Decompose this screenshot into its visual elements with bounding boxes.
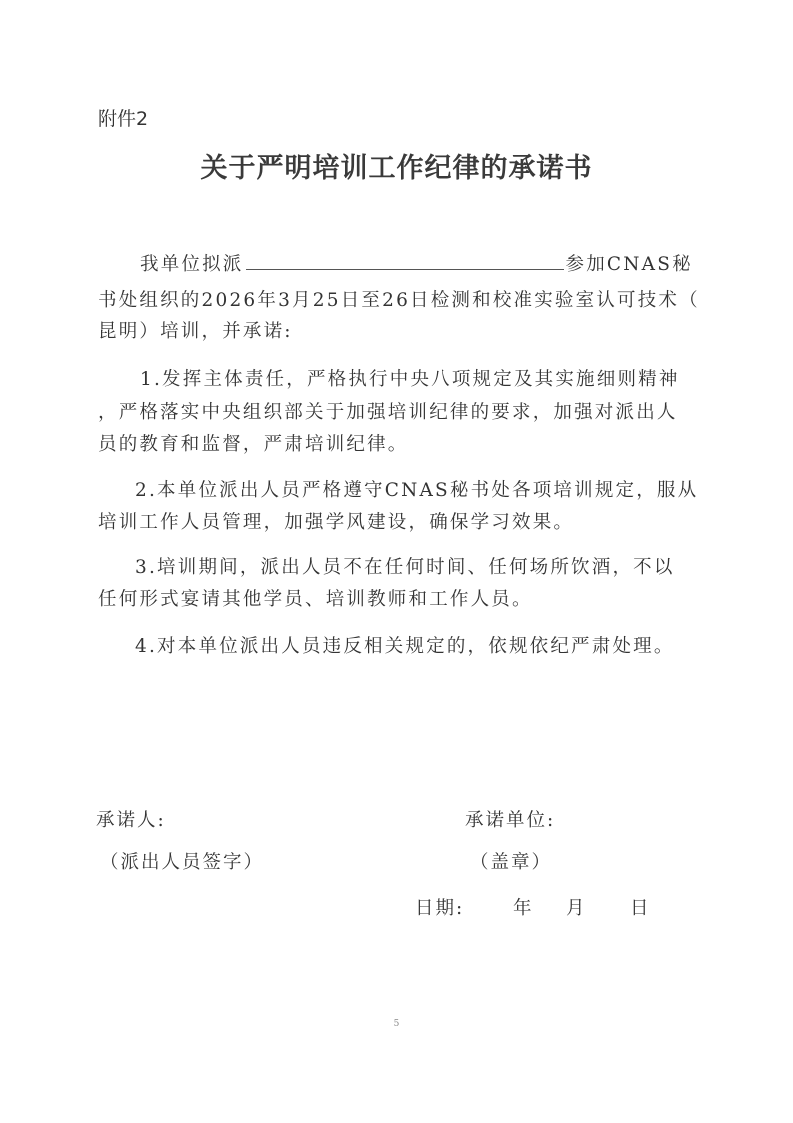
commitment-3-line-1: 3.培训期间，派出人员不在任何时间、任何场所饮酒，不以 (135, 553, 675, 579)
document-title: 关于严明培训工作纪律的承诺书 (0, 146, 793, 185)
attachment-label: 附件2 (98, 104, 148, 131)
intro-before-blank: 我单位拟派 (140, 254, 244, 275)
date-month: 月 (566, 894, 587, 920)
commitment-2-line-2: 培训工作人员管理，加强学风建设，确保学习效果。 (98, 508, 574, 534)
commitment-4-line-1: 4.对本单位派出人员违反相关规定的，依规依纪严肃处理。 (135, 632, 675, 658)
unit-label: 承诺单位: (465, 806, 555, 832)
unit-note: （盖章） (470, 848, 552, 874)
commitment-3-line-2: 任何形式宴请其他学员、培训教师和工作人员。 (98, 585, 533, 611)
commitment-1-line-3: 员的教育和监督，严肃培训纪律。 (98, 430, 409, 456)
commitment-2-line-1: 2.本单位派出人员严格遵守CNAS秘书处各项培训规定，服从 (135, 476, 698, 502)
date-year: 年 (513, 894, 534, 920)
intro-after-blank: 参加CNAS秘 (566, 254, 693, 275)
intro-line-2: 书处组织的2026年3月25日至26日检测和校准实验室认可技术（ (98, 286, 700, 312)
promisor-note: （派出人员签字） (100, 848, 264, 874)
commitment-1-line-2: ，严格落实中央组织部关于加强培训纪律的要求，加强对派出人 (98, 398, 678, 424)
date-day: 日 (630, 894, 651, 920)
personnel-blank-field[interactable] (246, 251, 564, 270)
intro-line-3: 昆明）培训，并承诺: (98, 317, 293, 343)
commitment-1-line-1: 1.发挥主体责任，严格执行中央八项规定及其实施细则精神 (140, 365, 680, 391)
intro-line-1: 我单位拟派参加CNAS秘 (140, 250, 693, 276)
page-number: 5 (0, 1019, 793, 1029)
date-label: 日期: (415, 894, 464, 920)
promisor-label: 承诺人: (96, 806, 166, 832)
